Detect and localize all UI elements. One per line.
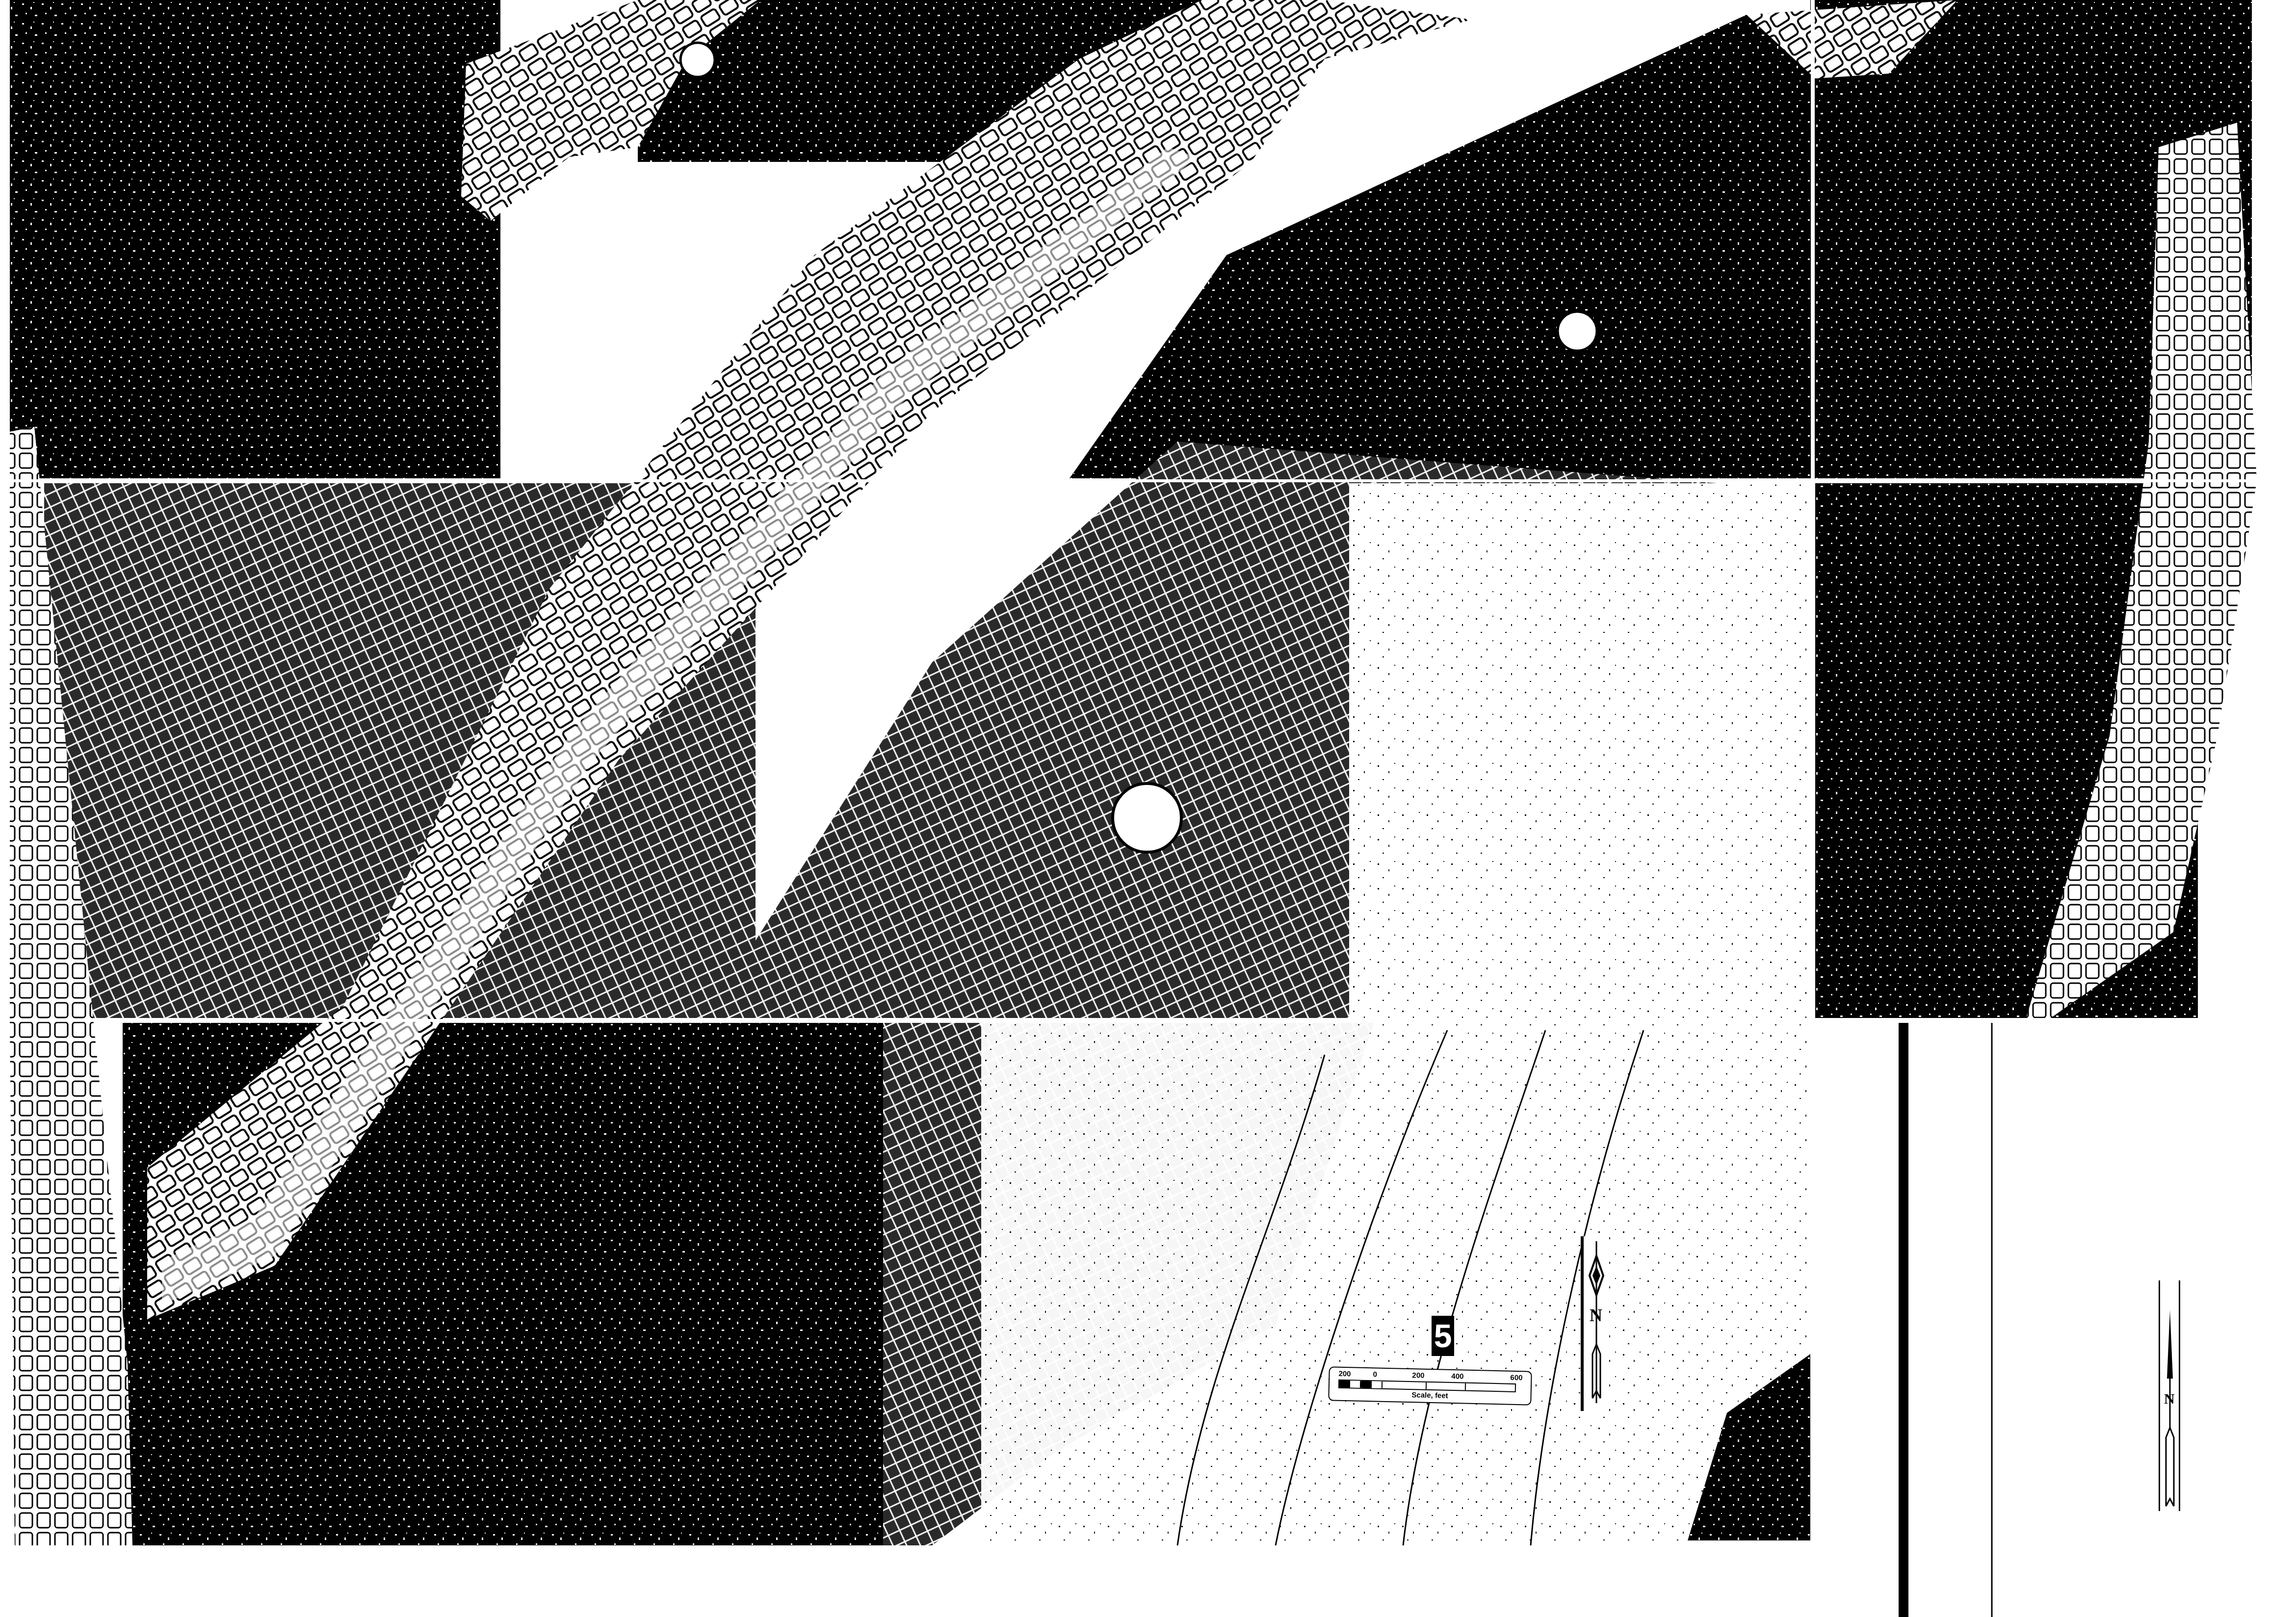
scale-tick: 400 (1451, 1372, 1463, 1381)
north-arrow-margin: N (2159, 1280, 2180, 1511)
sheet-number-label: 5 (1432, 1316, 1454, 1356)
north-arrow: N (1581, 1236, 1606, 1411)
scale-tick: 200 (1412, 1371, 1424, 1380)
scale-tick: 200 (1338, 1370, 1351, 1379)
scale-tick: 600 (1510, 1374, 1522, 1382)
map-drawing (0, 0, 2296, 1617)
north-letter: N (2164, 1391, 2175, 1408)
north-letter: N (1590, 1305, 1602, 1326)
scale-bar: 200 0 200 400 600 Scale, feet (1328, 1366, 1532, 1405)
mine-map: 5 200 0 200 400 600 Scale, feet N (0, 0, 2296, 1617)
scale-tick: 0 (1373, 1370, 1377, 1379)
